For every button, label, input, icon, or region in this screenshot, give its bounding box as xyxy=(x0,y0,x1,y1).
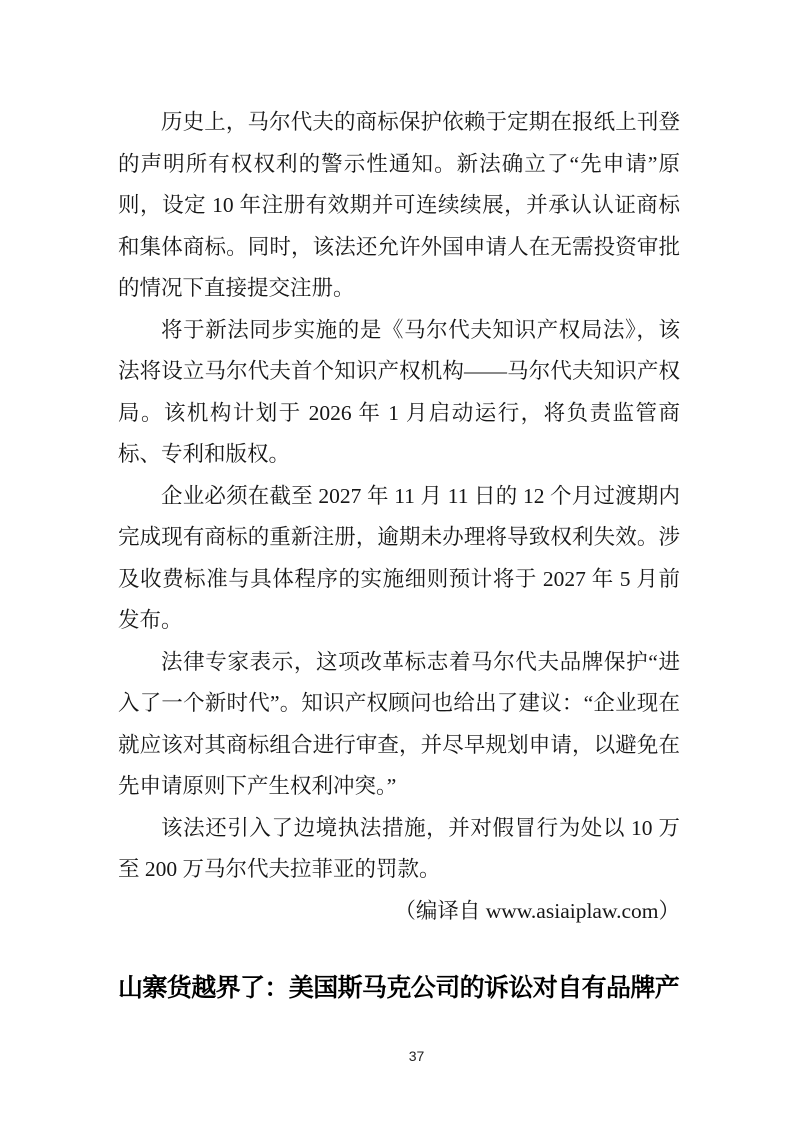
page-number: 37 xyxy=(20,1048,793,1064)
next-article-heading: 山寨货越界了：美国斯马克公司的诉讼对自有品牌产 xyxy=(118,971,684,1005)
article-body: 历史上，马尔代夫的商标保护依赖于定期在报纸上刊登的声明所有权权利的警示性通知。新… xyxy=(118,102,680,932)
document-page: 历史上，马尔代夫的商标保护依赖于定期在报纸上刊登的声明所有权权利的警示性通知。新… xyxy=(0,0,793,1122)
body-paragraph: 该法还引入了边境执法措施，并对假冒行为处以 10 万至 200 万马尔代夫拉菲亚… xyxy=(118,808,680,891)
body-paragraph: 将于新法同步实施的是《马尔代夫知识产权局法》，该法将设立马尔代夫首个知识产权机构… xyxy=(118,310,680,476)
body-paragraph: 历史上，马尔代夫的商标保护依赖于定期在报纸上刊登的声明所有权权利的警示性通知。新… xyxy=(118,102,680,310)
source-attribution: （编译自 www.asiaiplaw.com） xyxy=(118,891,680,933)
body-paragraph: 法律专家表示，这项改革标志着马尔代夫品牌保护“进入了一个新时代”。知识产权顾问也… xyxy=(118,642,680,808)
body-paragraph: 企业必须在截至 2027 年 11 月 11 日的 12 个月过渡期内完成现有商… xyxy=(118,476,680,642)
